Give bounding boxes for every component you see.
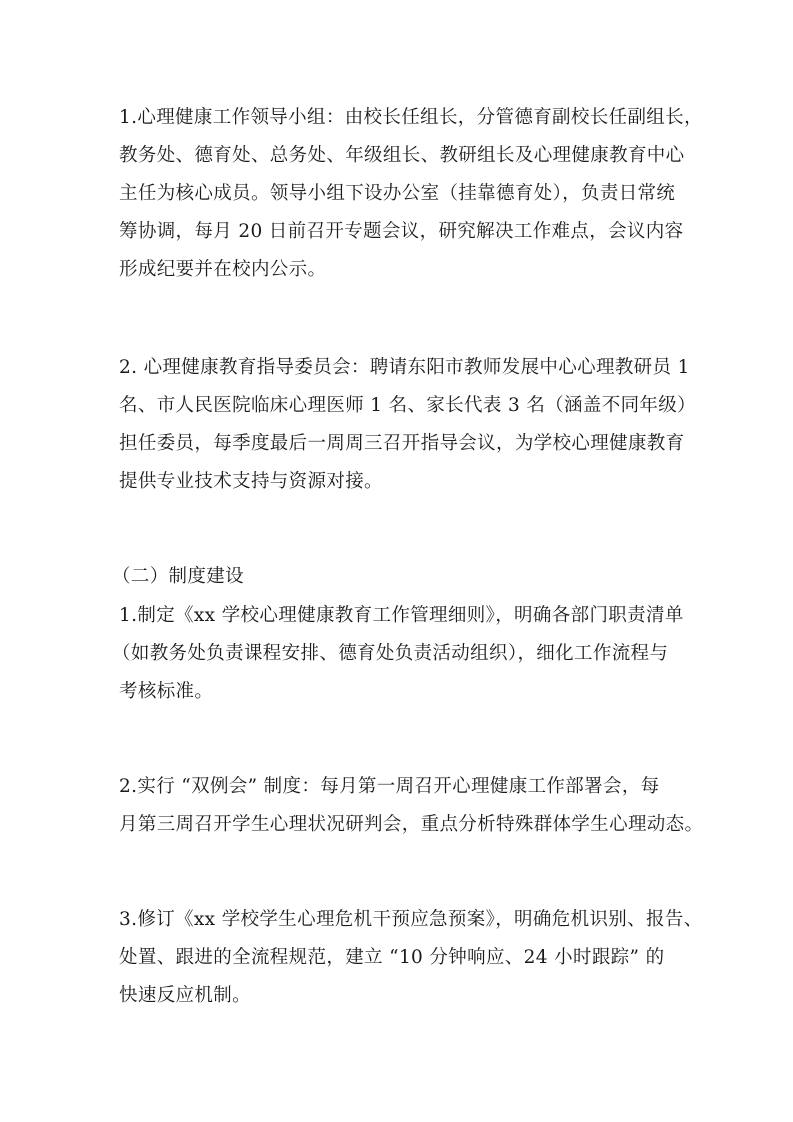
text-line: 1.制定《xx 学校心理健康教育工作管理细则》，明确各部门职责清单 — [119, 604, 684, 628]
heading-text: （二）制度建设 — [112, 565, 244, 589]
text-line: 形成纪要并在校内公示。 — [119, 258, 326, 282]
text-line: 提供专业技术支持与资源对接。 — [119, 470, 383, 494]
text-line: 1.心理健康工作领导小组：由校长任组长，分管德育副校长任副组长， — [119, 106, 703, 130]
text-line: 3.修订《xx 学校学生心理危机干预应急预案》，明确危机识别、报告、 — [119, 908, 703, 932]
text-line: 2.实行 “双例会” 制度：每月第一周召开心理健康工作部署会，每 — [119, 775, 660, 799]
text-line: 考核标准。 — [119, 680, 213, 704]
text-line: 名、市人民医院临床心理医师 1 名、家长代表 3 名（涵盖不同年级） — [119, 394, 696, 418]
text-line: 月第三周召开学生心理状况研判会，重点分析特殊群体学生心理动态。 — [119, 813, 703, 837]
text-line: 担任委员，每季度最后一周周三召开指导会议，为学校心理健康教育 — [119, 432, 685, 456]
text-line: 快速反应机制。 — [119, 984, 251, 1008]
text-line: 2. 心理健康教育指导委员会：聘请东阳市教师发展中心心理教研员 1 — [119, 356, 690, 380]
text-line: 主任为核心成员。领导小组下设办公室（挂靠德育处），负责日常统 — [119, 182, 675, 206]
text-line: 筹协调，每月 20 日前召开专题会议，研究解决工作难点，会议内容 — [119, 220, 684, 244]
text-line: 处置、跟进的全流程规范，建立 “10 分钟响应、24 小时跟踪” 的 — [119, 946, 664, 970]
text-line: 教务处、德育处、总务处、年级组长、教研组长及心理健康教育中心 — [119, 144, 685, 168]
text-line: （如教务处负责课程安排、德育处负责活动组织），细化工作流程与 — [112, 642, 668, 666]
